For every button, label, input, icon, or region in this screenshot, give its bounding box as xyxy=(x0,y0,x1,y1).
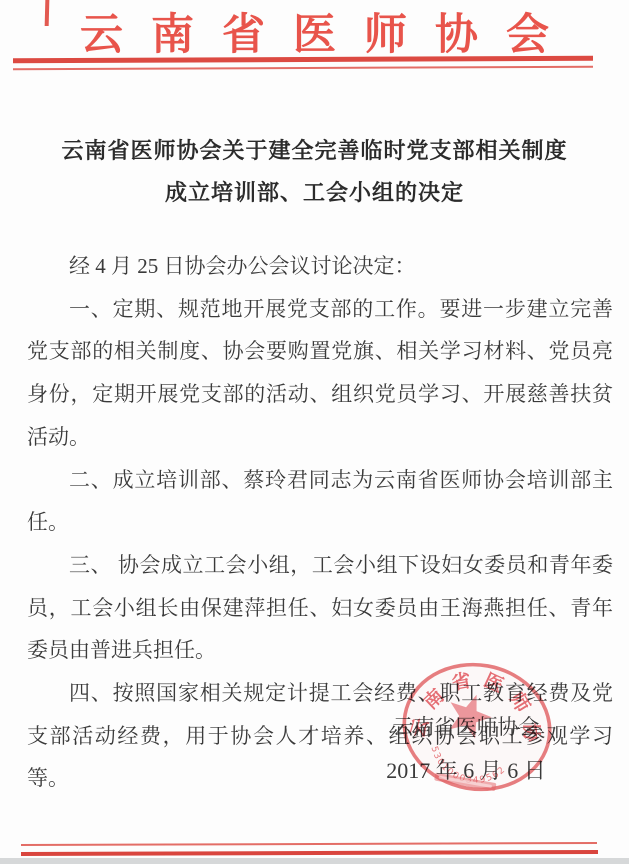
official-seal: 云南省医师协会 5301000349562 xyxy=(398,660,558,796)
document-title-line1: 云南省医师协会关于建全完善临时党支部相关制度 xyxy=(0,130,629,172)
paragraph-intro: 经 4 月 25 日协会办公会议讨论决定： xyxy=(27,245,613,288)
document-page: 云南省医师协会 云南省医师协会关于建全完善临时党支部相关制度 成立培训部、工会小… xyxy=(0,0,629,864)
letterhead-org-name: 云南省医师协会 xyxy=(0,1,629,62)
paragraph-item-2: 二、成立培训部、蔡玲君同志为云南省医师协会培训部主任。 xyxy=(27,459,613,544)
footer-rule-thick xyxy=(21,850,598,856)
footer-rule-thin xyxy=(21,842,597,846)
document-title-line2: 成立培训部、工会小组的决定 xyxy=(0,172,629,214)
scan-edge-strip xyxy=(0,858,629,864)
document-title: 云南省医师协会关于建全完善临时党支部相关制度 成立培训部、工会小组的决定 xyxy=(0,130,629,214)
paragraph-item-3: 三、 协会成立工会小组，工会小组下设妇女委员和青年委员，工会小组长由保建萍担任、… xyxy=(27,544,613,672)
paragraph-item-1: 一、定期、规范地开展党支部的工作。要进一步建立完善党支部的相关制度、协会要购置党… xyxy=(27,288,613,459)
header-rule-thin xyxy=(13,66,593,71)
